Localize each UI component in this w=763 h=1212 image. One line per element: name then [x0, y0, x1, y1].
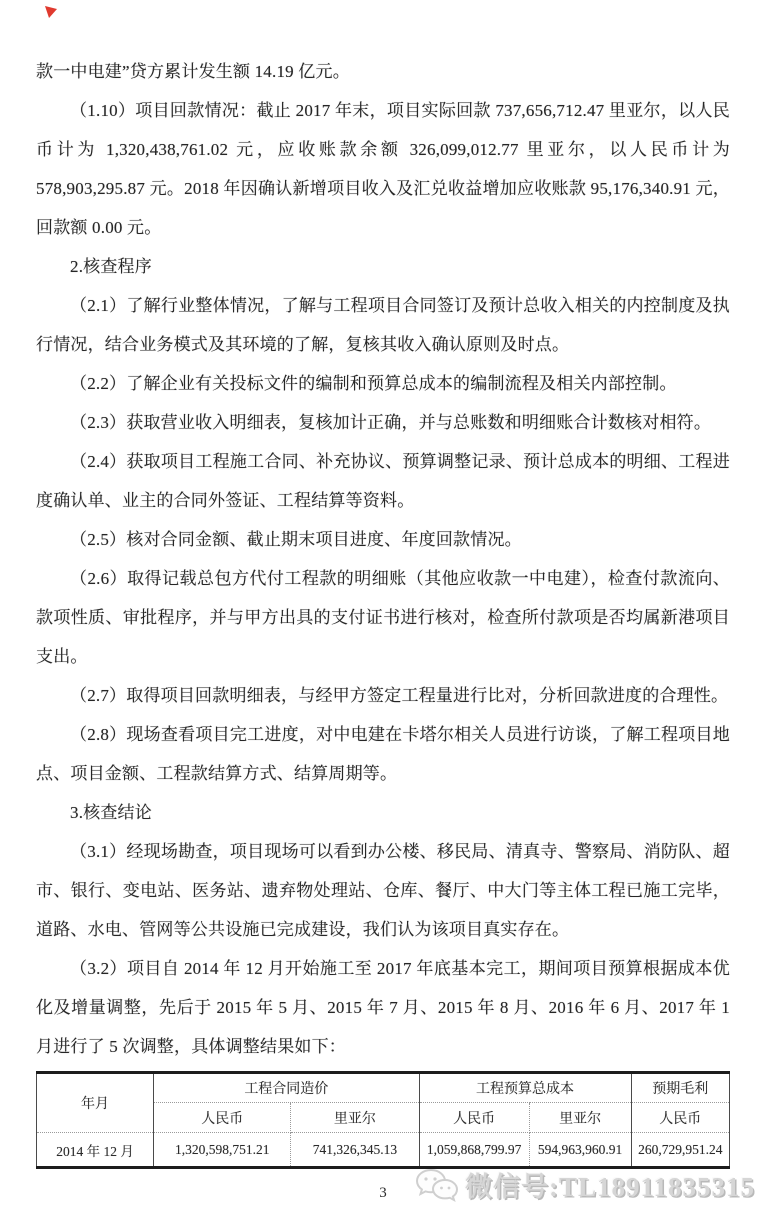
cell-profit-cny: 260,729,951.24	[631, 1133, 729, 1168]
cell-year-month: 2014 年 12 月	[37, 1133, 154, 1168]
header-year-month: 年月	[37, 1073, 154, 1133]
table-header-row-groups: 年月 工程合同造价 工程预算总成本 预期毛利	[37, 1073, 730, 1103]
wechat-icon	[414, 1167, 458, 1203]
cell-budget-riyal: 594,963,960.91	[529, 1133, 631, 1168]
header-riyal: 里亚尔	[529, 1103, 631, 1133]
document-body: 款一中电建”贷方累计发生额 14.19 亿元。 （1.10）项目回款情况：截止 …	[0, 0, 763, 1202]
document-page: 款一中电建”贷方累计发生额 14.19 亿元。 （1.10）项目回款情况：截止 …	[0, 0, 763, 1212]
doc-paragraph: （2.6）取得记载总包方代付工程款的明细账（其他应收款一中电建），检查付款流向、…	[36, 559, 730, 676]
header-cny: 人民币	[631, 1103, 729, 1133]
header-contract-price-group: 工程合同造价	[154, 1073, 419, 1103]
doc-paragraph: （2.3）获取营业收入明细表，复核加计正确，并与总账数和明细账合计数核对相符。	[36, 403, 730, 442]
wechat-watermark: 微信号:TL18911835315	[414, 1165, 755, 1204]
doc-paragraph: （2.2）了解企业有关投标文件的编制和预算总成本的编制流程及相关内部控制。	[36, 364, 730, 403]
table-row: 2014 年 12 月 1,320,598,751.21 741,326,345…	[37, 1133, 730, 1168]
section-heading-check-procedure: 2.核查程序	[36, 247, 730, 286]
doc-paragraph: （2.8）现场查看项目完工进度，对中电建在卡塔尔相关人员进行访谈，了解工程项目地…	[36, 715, 730, 793]
header-riyal: 里亚尔	[291, 1103, 419, 1133]
doc-paragraph: （1.10）项目回款情况：截止 2017 年末，项目实际回款 737,656,7…	[36, 91, 730, 247]
doc-paragraph: （2.4）获取项目工程施工合同、补充协议、预算调整记录、预计总成本的明细、工程进…	[36, 442, 730, 520]
cell-contract-cny: 1,320,598,751.21	[154, 1133, 291, 1168]
budget-adjustment-table: 年月 工程合同造价 工程预算总成本 预期毛利 人民币 里亚尔 人民币 里亚尔 人…	[36, 1071, 730, 1169]
header-budget-cost-group: 工程预算总成本	[419, 1073, 631, 1103]
watermark-text: 微信号:TL18911835315	[465, 1165, 755, 1204]
red-corner-mark-icon	[44, 5, 58, 19]
header-expected-profit-group: 预期毛利	[631, 1073, 729, 1103]
doc-paragraph: （3.1）经现场勘查，项目现场可以看到办公楼、移民局、清真寺、警察局、消防队、超…	[36, 832, 730, 949]
cell-contract-riyal: 741,326,345.13	[291, 1133, 419, 1168]
doc-paragraph: （2.1）了解行业整体情况，了解与工程项目合同签订及预计总收入相关的内控制度及执…	[36, 286, 730, 364]
doc-paragraph: 款一中电建”贷方累计发生额 14.19 亿元。	[36, 52, 730, 91]
header-cny: 人民币	[154, 1103, 291, 1133]
doc-paragraph: （2.7）取得项目回款明细表，与经甲方签定工程量进行比对，分析回款进度的合理性。	[36, 676, 730, 715]
doc-paragraph: （2.5）核对合同金额、截止期末项目进度、年度回款情况。	[36, 520, 730, 559]
doc-paragraph: （3.2）项目自 2014 年 12 月开始施工至 2017 年底基本完工，期间…	[36, 949, 730, 1066]
section-heading-check-conclusion: 3.核查结论	[36, 793, 730, 832]
header-cny: 人民币	[419, 1103, 529, 1133]
cell-budget-cny: 1,059,868,799.97	[419, 1133, 529, 1168]
